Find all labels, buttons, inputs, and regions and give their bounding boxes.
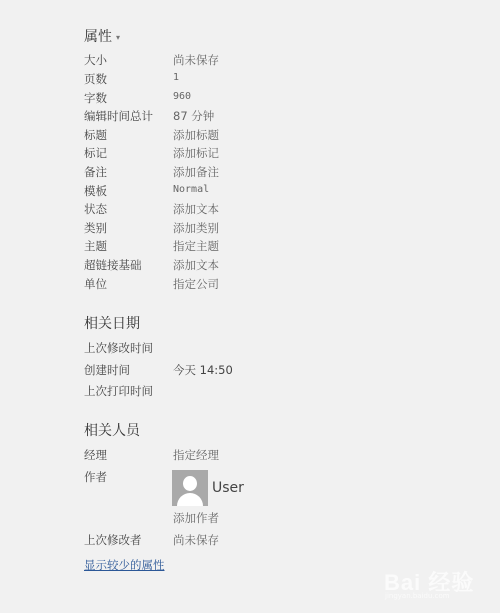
comments-input[interactable]: 添加备注 — [173, 164, 219, 180]
subject-input[interactable]: 指定主题 — [173, 238, 219, 254]
property-label: 状态 — [84, 201, 107, 217]
status-input[interactable]: 添加文本 — [173, 201, 219, 217]
property-label: 备注 — [84, 164, 107, 180]
property-label: 大小 — [84, 52, 107, 68]
date-label: 创建时间 — [84, 362, 130, 378]
people-value: 尚未保存 — [173, 532, 219, 548]
property-label: 类别 — [84, 220, 107, 236]
author-name[interactable]: User — [212, 480, 244, 496]
tags-input[interactable]: 添加标记 — [173, 145, 219, 161]
related-people-title: 相关人员 — [84, 420, 140, 440]
property-label: 模板 — [84, 183, 107, 199]
chevron-down-icon[interactable]: ▾ — [116, 33, 120, 42]
property-row-pages: 页数 1 — [84, 71, 384, 89]
property-row-editing-time: 编辑时间总计 87 分钟 — [84, 108, 384, 126]
property-row-tags[interactable]: 标记 添加标记 — [84, 145, 384, 163]
people-label: 经理 — [84, 447, 107, 463]
property-row-hyperlink-base[interactable]: 超链接基础 添加文本 — [84, 257, 384, 275]
property-label: 编辑时间总计 — [84, 108, 153, 124]
property-label: 单位 — [84, 276, 107, 292]
property-row-template: 模板 Normal — [84, 183, 384, 201]
property-label: 字数 — [84, 90, 107, 106]
property-row-words: 字数 960 — [84, 90, 384, 108]
property-row-category[interactable]: 类别 添加类别 — [84, 220, 384, 238]
property-label: 主题 — [84, 238, 107, 254]
property-value: 960 — [173, 91, 191, 102]
hyperlink-base-input[interactable]: 添加文本 — [173, 257, 219, 273]
people-row-last-modified-by: 上次修改者 尚未保存 — [84, 532, 384, 550]
property-row-size: 大小 尚未保存 — [84, 52, 384, 70]
date-row-last-modified: 上次修改时间 — [84, 340, 384, 358]
user-avatar-icon[interactable] — [172, 470, 208, 506]
property-label: 页数 — [84, 71, 107, 87]
property-label: 标记 — [84, 145, 107, 161]
people-row-manager[interactable]: 经理 指定经理 — [84, 447, 384, 465]
property-value: 1 — [173, 72, 179, 83]
property-label: 超链接基础 — [84, 257, 142, 273]
property-value: 尚未保存 — [173, 52, 219, 68]
date-row-created: 创建时间 今天 14:50 — [84, 362, 384, 380]
date-row-last-printed: 上次打印时间 — [84, 383, 384, 401]
property-row-subject[interactable]: 主题 指定主题 — [84, 238, 384, 256]
date-value: 今天 14:50 — [173, 362, 233, 378]
date-label: 上次打印时间 — [84, 383, 153, 399]
property-row-company[interactable]: 单位 指定公司 — [84, 276, 384, 294]
property-row-comments[interactable]: 备注 添加备注 — [84, 164, 384, 182]
baidu-watermark-url: jingyan.baidu.com — [385, 592, 450, 600]
people-label: 作者 — [84, 469, 107, 485]
people-label: 上次修改者 — [84, 532, 142, 548]
title-input[interactable]: 添加标题 — [173, 127, 219, 143]
company-input[interactable]: 指定公司 — [173, 276, 219, 292]
property-label: 标题 — [84, 127, 107, 143]
property-value: Normal — [173, 184, 209, 195]
add-author-input[interactable]: 添加作者 — [173, 510, 219, 526]
property-row-status[interactable]: 状态 添加文本 — [84, 201, 384, 219]
category-input[interactable]: 添加类别 — [173, 220, 219, 236]
properties-title: 属性 — [84, 29, 112, 45]
properties-header[interactable]: 属性▾ — [84, 26, 120, 46]
related-dates-title: 相关日期 — [84, 313, 140, 333]
date-label: 上次修改时间 — [84, 340, 153, 356]
manager-input[interactable]: 指定经理 — [173, 447, 219, 463]
property-row-title[interactable]: 标题 添加标题 — [84, 127, 384, 145]
show-fewer-properties-link[interactable]: 显示较少的属性 — [84, 557, 165, 573]
property-value: 87 分钟 — [173, 108, 214, 124]
